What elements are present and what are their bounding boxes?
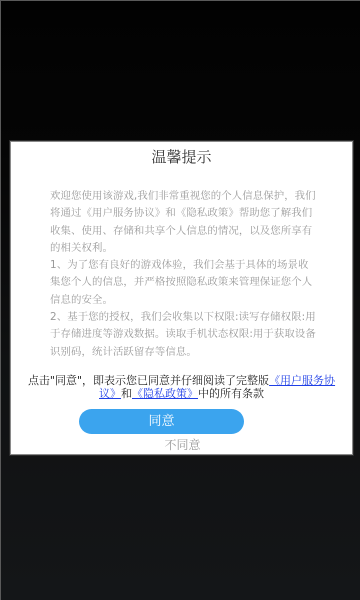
- consent-middle: 和: [121, 387, 132, 400]
- intro-paragraph: 欢迎您使用该游戏,我们非常重视您的个人信息保护，我们将通过《用户服务协议》和《隐…: [50, 188, 318, 257]
- agree-button[interactable]: 同意: [79, 409, 244, 434]
- privacy-policy-link[interactable]: 《隐私政策》: [132, 387, 198, 400]
- dialog-body: 欢迎您使用该游戏,我们非常重视您的个人信息保护，我们将通过《用户服务协议》和《隐…: [50, 188, 318, 361]
- dialog-title: 温馨提示: [11, 147, 352, 167]
- permissions-paragraph: 2、基于您的授权，我们会收集以下权限:读写存储权限:用于存储进度等游戏数据。读取…: [50, 309, 318, 361]
- experience-paragraph: 1、为了您有良好的游戏体验，我们会基于具体的场景收集您个人的信息，并严格按照隐私…: [50, 257, 318, 309]
- consent-suffix: 中的所有条款: [198, 387, 264, 400]
- screen-background: 温馨提示 欢迎您使用该游戏,我们非常重视您的个人信息保护，我们将通过《用户服务协…: [0, 0, 360, 600]
- consent-prefix: 点击"同意"，即表示您已同意并仔细阅读了完整版: [28, 374, 269, 387]
- privacy-dialog: 温馨提示 欢迎您使用该游戏,我们非常重视您的个人信息保护，我们将通过《用户服务协…: [10, 141, 353, 455]
- consent-statement: 点击"同意"，即表示您已同意并仔细阅读了完整版《用户服务协议》和《隐私政策》中的…: [25, 375, 338, 400]
- disagree-button[interactable]: 不同意: [111, 436, 254, 454]
